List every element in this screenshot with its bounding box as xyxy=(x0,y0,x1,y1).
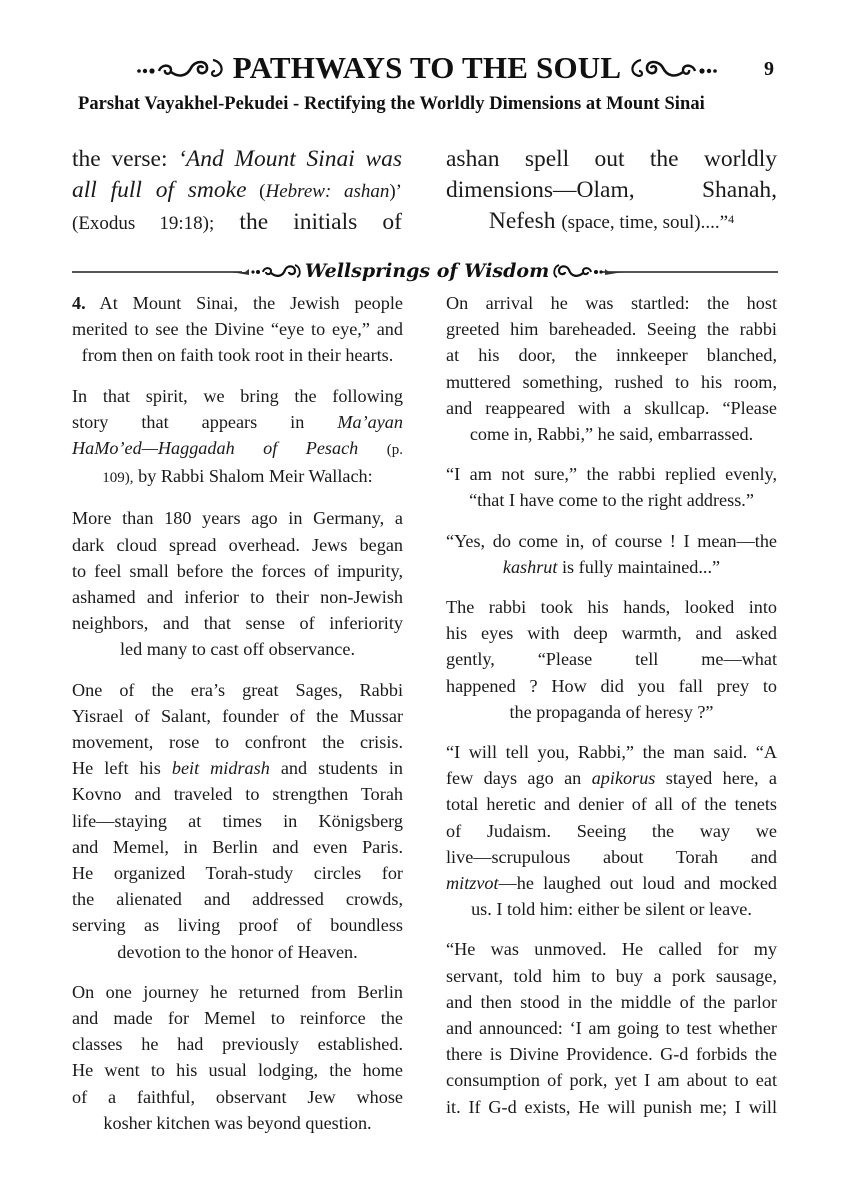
text-run: the verse: xyxy=(72,146,178,172)
text-run: (space, time, soul)....” xyxy=(561,212,728,233)
text-line: total heretic and denier of all of the t… xyxy=(446,791,777,817)
text-run: ( xyxy=(247,181,266,202)
text-run: Hebrew: ashan xyxy=(266,181,390,202)
right-column: On arrival he was startled: the hostgree… xyxy=(446,290,777,1134)
text-run: dimensions—Olam, Shanah, xyxy=(446,177,777,203)
text-line: kosher kitchen was beyond question. xyxy=(72,1110,403,1136)
text-line: greeted him bareheaded. Seeing the rabbi xyxy=(446,316,777,342)
intro-right-column: ashan spell out the worldlydimensions—Ol… xyxy=(446,144,777,238)
text-line: at his door, the innkeeper blanched, xyxy=(446,342,777,368)
page-number: 9 xyxy=(764,58,774,81)
text-run: the initials of xyxy=(214,209,402,235)
text-line: “that I have come to the right address.” xyxy=(446,487,777,513)
text-line: More than 180 years ago in Germany, a xyxy=(72,505,403,531)
text-line: his eyes with deep warmth, and asked xyxy=(446,620,777,646)
divider-rule-right xyxy=(600,271,778,273)
italic-term: mitzvot xyxy=(446,873,499,893)
page-subtitle: Parshat Vayakhel-Pekudei - Rectifying th… xyxy=(78,94,778,115)
right-flourish-icon xyxy=(627,56,719,80)
section-title: Wellsprings of Wisdom xyxy=(305,260,549,282)
paragraph: 4. At Mount Sinai, the Jewish peoplemeri… xyxy=(72,290,403,369)
divider-rule-left xyxy=(72,271,242,273)
text-line: and Memel, in Berlin and even Paris. xyxy=(72,834,403,860)
italic-term: kashrut xyxy=(503,557,558,577)
text-line: and then stood in the middle of the parl… xyxy=(446,989,777,1015)
masthead: PATHWAYS TO THE SOUL xyxy=(132,46,722,90)
text-line: few days ago an apikorus stayed here, a xyxy=(446,765,777,791)
text-line: “I will tell you, Rabbi,” the man said. … xyxy=(446,739,777,765)
text-line: and reappeared with a skullcap. “Please xyxy=(446,395,777,421)
text-line: life—staying at times in Königsberg xyxy=(72,808,403,834)
right-flourish-icon xyxy=(553,262,623,280)
text-line: kashrut is fully maintained...” xyxy=(446,554,777,580)
item-number: 4. xyxy=(72,293,86,313)
intro-line: (Exodus 19:18); the initials of xyxy=(72,207,402,239)
left-column: 4. At Mount Sinai, the Jewish peoplemeri… xyxy=(72,290,403,1150)
text-line: dark cloud spread overhead. Jews began xyxy=(72,532,403,558)
text-run: )’ xyxy=(389,181,402,202)
paragraph: On arrival he was startled: the hostgree… xyxy=(446,290,777,447)
italic-term: Ma’ayan xyxy=(337,412,403,432)
intro-line: ashan spell out the worldly xyxy=(446,144,777,175)
text-run: ‘And Mount Sinai was xyxy=(178,146,402,172)
text-run: Nefesh xyxy=(489,208,561,234)
left-flourish-icon xyxy=(231,262,301,280)
intro-line: all full of smoke (Hebrew: ashan)’ xyxy=(72,175,402,207)
text-line: He left his beit midrash and students in xyxy=(72,755,403,781)
paragraph: More than 180 years ago in Germany, adar… xyxy=(72,505,403,662)
section-divider: Wellsprings of Wisdom xyxy=(72,258,778,284)
text-run: ashan spell out the worldly xyxy=(446,146,777,172)
left-flourish-icon xyxy=(135,56,227,80)
text-line: it. If G-d exists, He will punish me; I … xyxy=(446,1094,777,1120)
paragraph: On one journey he returned from Berlinan… xyxy=(72,979,403,1136)
intro-line: Nefesh (space, time, soul)....”4 xyxy=(446,206,777,238)
paragraph: The rabbi took his hands, looked intohis… xyxy=(446,594,777,725)
text-line: from then on faith took root in their he… xyxy=(72,342,403,368)
text-line: devotion to the honor of Heaven. xyxy=(72,939,403,965)
text-line: He organized Torah-study circles for xyxy=(72,860,403,886)
citation-text: (p. xyxy=(387,442,403,458)
text-line: story that appears in Ma’ayan xyxy=(72,409,403,435)
text-run: all full of smoke xyxy=(72,177,247,203)
text-line: consumption of pork, yet I am about to e… xyxy=(446,1067,777,1093)
text-line: “Yes, do come in, of course ! I mean—the xyxy=(446,528,777,554)
text-line: One of the era’s great Sages, Rabbi xyxy=(72,677,403,703)
paragraph: In that spirit, we bring the followingst… xyxy=(72,383,403,492)
text-line: In that spirit, we bring the following xyxy=(72,383,403,409)
text-line: movement, rose to confront the crisis. xyxy=(72,729,403,755)
paragraph: One of the era’s great Sages, RabbiYisra… xyxy=(72,677,403,965)
text-line: mitzvot—he laughed out loud and mocked xyxy=(446,870,777,896)
page-header: PATHWAYS TO THE SOUL 9 xyxy=(0,46,846,90)
text-line: gently, “Please tell me—what xyxy=(446,646,777,672)
text-line: ashamed and inferior to their non-Jewish xyxy=(72,584,403,610)
text-line: classes he had previously established. xyxy=(72,1031,403,1057)
text-line: come in, Rabbi,” he said, embarrassed. xyxy=(446,421,777,447)
text-line: He went to his usual lodging, the home xyxy=(72,1057,403,1083)
text-line: “He was unmoved. He called for my xyxy=(446,936,777,962)
paragraph: “Yes, do come in, of course ! I mean—the… xyxy=(446,528,777,580)
text-line: and announced: ‘I am going to test wheth… xyxy=(446,1015,777,1041)
text-line: the propaganda of heresy ?” xyxy=(446,699,777,725)
text-line: of a faithful, observant Jew whose xyxy=(72,1084,403,1110)
text-line: HaMo’ed—Haggadah of Pesach (p. xyxy=(72,435,403,463)
text-line: muttered something, rushed to his room, xyxy=(446,369,777,395)
text-line: to feel small before the forces of impur… xyxy=(72,558,403,584)
masthead-title: PATHWAYS TO THE SOUL xyxy=(233,50,622,86)
footnote-marker[interactable]: 4 xyxy=(728,212,734,226)
text-run: (Exodus 19:18); xyxy=(72,213,214,234)
italic-term: apikorus xyxy=(592,768,656,788)
text-line: us. I told him: either be silent or leav… xyxy=(446,896,777,922)
paragraph: “I am not sure,” the rabbi replied evenl… xyxy=(446,461,777,513)
text-line: On arrival he was startled: the host xyxy=(446,290,777,316)
text-line: of Judaism. Seeing the way we xyxy=(446,818,777,844)
text-line: On one journey he returned from Berlin xyxy=(72,979,403,1005)
intro-line: the verse: ‘And Mount Sinai was xyxy=(72,144,402,175)
text-line: there is Divine Providence. G-d forbids … xyxy=(446,1041,777,1067)
citation-text: 109), xyxy=(102,470,133,486)
italic-term: beit midrash xyxy=(172,758,270,778)
text-line: 109), by Rabbi Shalom Meir Wallach: xyxy=(72,463,403,491)
paragraph: “He was unmoved. He called for myservant… xyxy=(446,936,777,1119)
text-line: happened ? How did you fall prey to xyxy=(446,673,777,699)
text-line: “I am not sure,” the rabbi replied evenl… xyxy=(446,461,777,487)
italic-term: HaMo’ed—Haggadah of Pesach xyxy=(72,438,358,458)
text-line: live—scrupulous about Torah and xyxy=(446,844,777,870)
text-line: neighbors, and that sense of inferiority xyxy=(72,610,403,636)
text-line: 4. At Mount Sinai, the Jewish people xyxy=(72,290,403,316)
text-line: Yisrael of Salant, founder of the Mussar xyxy=(72,703,403,729)
text-line: The rabbi took his hands, looked into xyxy=(446,594,777,620)
text-line: led many to cast off observance. xyxy=(72,636,403,662)
section-heading: Wellsprings of Wisdom xyxy=(232,258,622,284)
text-line: servant, told him to buy a pork sausage, xyxy=(446,963,777,989)
text-line: the alienated and addressed crowds, xyxy=(72,886,403,912)
text-line: and made for Memel to reinforce the xyxy=(72,1005,403,1031)
intro-left-column: the verse: ‘And Mount Sinai wasall full … xyxy=(72,144,402,239)
intro-line: dimensions—Olam, Shanah, xyxy=(446,175,777,206)
text-line: Kovno and traveled to strengthen Torah xyxy=(72,781,403,807)
text-line: serving as living proof of boundless xyxy=(72,912,403,938)
text-line: merited to see the Divine “eye to eye,” … xyxy=(72,316,403,342)
paragraph: “I will tell you, Rabbi,” the man said. … xyxy=(446,739,777,922)
